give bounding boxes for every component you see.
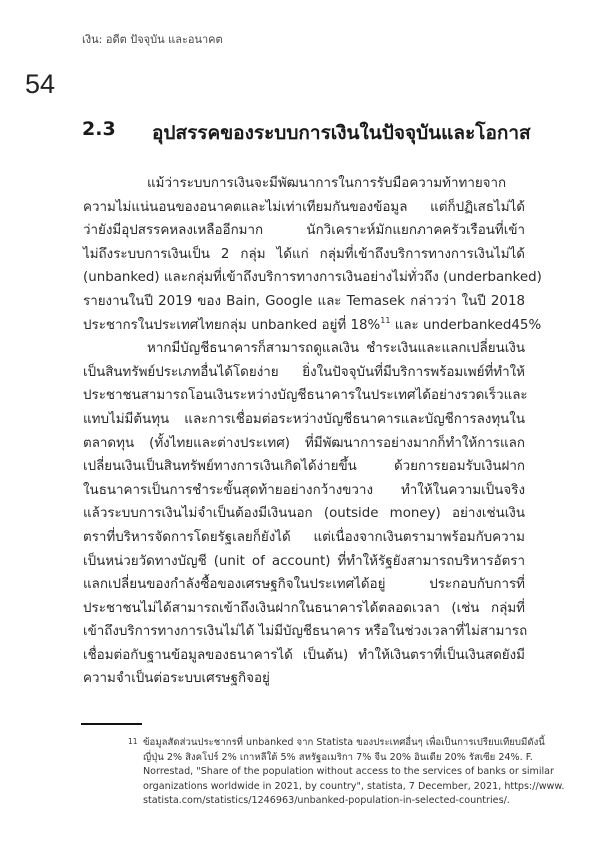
footnote-number: 11: [128, 735, 138, 750]
footnote-line: Norrestad, "Share of the population with…: [143, 765, 528, 780]
paragraph-line: เข้าถึงบริการทางการเงินไม่ได้ ไม่มีบัญชี…: [83, 620, 525, 644]
paragraph-line: (unbanked) และกลุ่มที่เข้าถึงบริการทางกา…: [83, 266, 525, 290]
section-title: อุปสรรคของระบบการเงินในปัจจุบันและโอกาส: [152, 118, 531, 148]
footnote-reference[interactable]: 11: [380, 316, 390, 325]
body-text: แม้ว่าระบบการเงินจะมีพัฒนาการในการรับมือ…: [83, 172, 525, 691]
footnote-line: organizations worldwide in 2021, by coun…: [143, 780, 528, 795]
paragraph-line: เป็นหน่วยวัดทางบัญชี (unit of account) ท…: [83, 550, 525, 574]
running-head: เงิน: อดีต ปัจจุบัน และอนาคต: [82, 30, 223, 48]
footnote-divider: [81, 723, 142, 725]
paragraph-line: เป็นสินทรัพย์ประเภทอื่นได้โดยง่าย ยิ่งใน…: [83, 361, 525, 385]
paragraph-line: แลกเปลี่ยนของกำลังซื้อของเศรษฐกิจในประเท…: [83, 573, 525, 597]
page-number: 54: [25, 69, 55, 100]
paragraph-line: ตลาดทุน (ทั้งไทยและต่างประเทศ) ที่มีพัฒน…: [83, 432, 525, 456]
section-heading: 2.3 อุปสรรคของระบบการเงินในปัจจุบันและโอ…: [82, 118, 531, 148]
paragraph-line: ไม่ถึงระบบการเงินเป็น 2 กลุ่ม ได้แก่ กลุ…: [83, 243, 525, 267]
footnote: 11 ข้อมูลสัดส่วนประชากรที่ unbanked จาก …: [128, 736, 528, 809]
paragraph-line: ในธนาคารเป็นการชำระขั้นสุดท้ายอย่างกว้าง…: [83, 479, 525, 503]
paragraph-text: ประชากรในประเทศไทยกลุ่ม unbanked อยู่ที่…: [83, 318, 380, 333]
paragraph-line: รายงานในปี 2019 ของ Bain, Google และ Tem…: [83, 290, 525, 314]
section-number: 2.3: [82, 118, 152, 148]
paragraph-line: แล้วระบบการเงินไม่จำเป็นต้องมีเงินนอก (o…: [83, 502, 525, 526]
footnote-line: ญี่ปุ่น 2% สิงคโปร์ 2% เกาหลีใต้ 5% สหรั…: [143, 751, 528, 766]
paragraph-line: เชื่อมต่อกับฐานข้อมูลของธนาคารได้ เป็นต้…: [83, 644, 525, 668]
paragraph-line: ประชากรในประเทศไทยกลุ่ม unbanked อยู่ที่…: [83, 314, 525, 338]
paragraph-line: ความจำเป็นต่อระบบเศรษฐกิจอยู่: [83, 667, 525, 691]
paragraph-line: ประชาชนสามารถโอนเงินระหว่างบัญชีธนาคารใน…: [83, 384, 525, 408]
paragraph-line: แทบไม่มีต้นทุน และการเชื่อมต่อระหว่างบัญ…: [83, 408, 525, 432]
paragraph-line: ว่ายังมีอุปสรรคหลงเหลืออีกมาก นักวิเคราะ…: [83, 219, 525, 243]
paragraph-line: ความไม่แน่นอนของอนาคตและไม่เท่าเทียมกันข…: [83, 196, 525, 220]
paragraph-line: ประชาชนไม่ได้สามารถเข้าถึงเงินฝากในธนาคา…: [83, 597, 525, 621]
paragraph-line: หากมีบัญชีธนาคารก็สามารถดูแลเงิน ชำระเงิ…: [83, 337, 525, 361]
paragraph-line: ตราที่บริหารจัดการโดยรัฐเลยก็ยังได้ แต่เ…: [83, 526, 525, 550]
paragraph-line: เปลี่ยนเงินเป็นสินทรัพย์ทางการเงินเกิดได…: [83, 455, 525, 479]
footnote-link[interactable]: statista.com/statistics/1246963/unbanked…: [143, 794, 528, 809]
footnote-line: ข้อมูลสัดส่วนประชากรที่ unbanked จาก Sta…: [143, 736, 528, 751]
footnote-text: ข้อมูลสัดส่วนประชากรที่ unbanked จาก Sta…: [143, 736, 528, 809]
paragraph-text: และ underbanked45%: [390, 318, 541, 333]
paragraph-line: แม้ว่าระบบการเงินจะมีพัฒนาการในการรับมือ…: [83, 172, 525, 196]
